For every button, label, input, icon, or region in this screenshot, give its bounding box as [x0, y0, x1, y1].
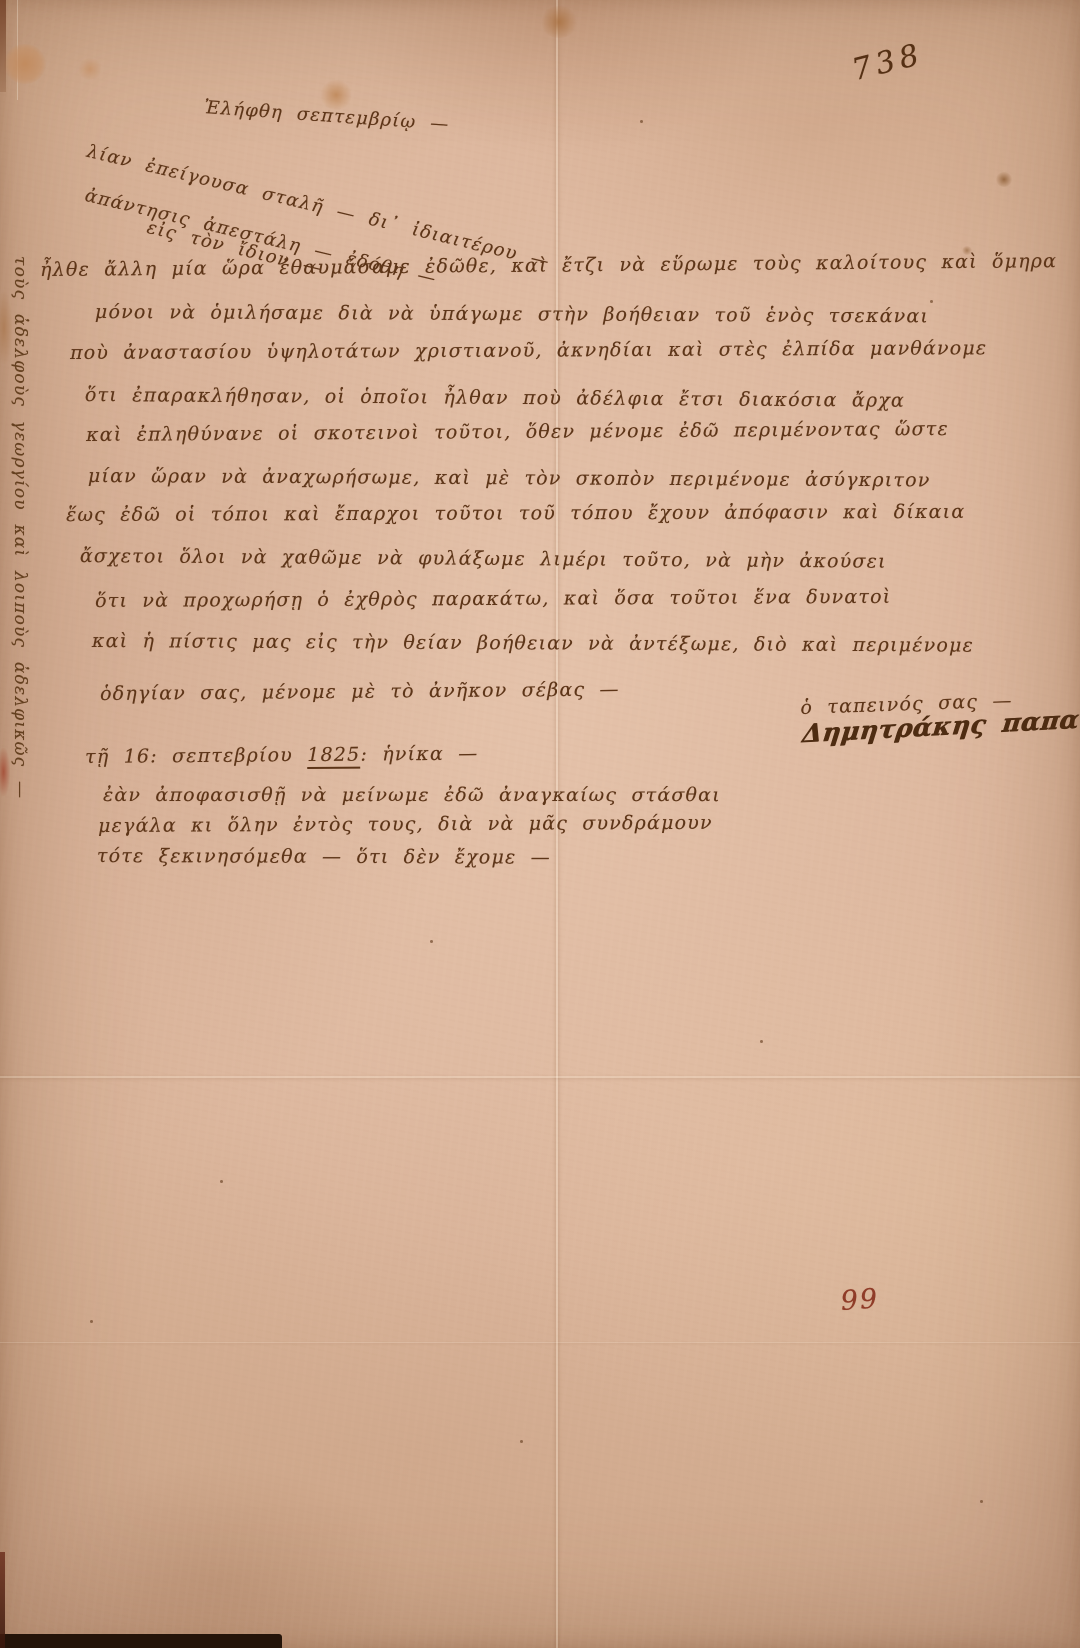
body-line: μίαν ὥραν νὰ ἀναχωρήσωμε, καὶ μὲ τὸν σκο… [88, 464, 931, 492]
postscript-line: μεγάλα κι ὅλην ἐντὸς τους, διὰ νὰ μᾶς συ… [98, 811, 713, 838]
manuscript-photo: 738 Ἐλήφθη σεπτεμβρίῳ — λίαν ἐπείγουσα σ… [0, 0, 1080, 1648]
paper-edge-shadow [0, 1552, 5, 1648]
paper-edge-shadow [0, 0, 6, 92]
horizontal-fold-crease [0, 1342, 1080, 1343]
speck [220, 1180, 223, 1183]
body-line: καὶ ἡ πίστις μας εἰς τὴν θείαν βοήθειαν … [92, 629, 974, 658]
speck [430, 940, 433, 943]
body-line: ποὺ ἀναστασίου ὑψηλοτάτων χριστιανοῦ, ἀκ… [70, 336, 987, 365]
date-suffix: : ἡνίκα — [360, 743, 478, 766]
body-line: ὅτι νὰ προχωρήσῃ ὁ ἐχθρὸς παρακάτω, καὶ … [95, 585, 891, 613]
postscript-line: ἐὰν ἀποφασισθῇ νὰ μείνωμε ἐδῶ ἀναγκαίως … [103, 783, 721, 807]
postscript-line: τότε ξεκινησόμεθα — ὅτι δὲν ἔχομε — [97, 844, 551, 870]
date-line: τῇ 16: σεπτεβρίου 1825: ἡνίκα — [85, 742, 478, 769]
margin-note: τοὺς ἀδελφοὺς γεωργίου καὶ λοιποὺς ἀδελφ… [8, 256, 32, 799]
speck [520, 1440, 523, 1443]
date-prefix: τῇ 16: σεπτεβρίου [85, 744, 307, 768]
body-line: μόνοι νὰ ὁμιλήσαμε διὰ νὰ ὑπάγωμε στὴν β… [95, 300, 929, 328]
speck [930, 300, 933, 303]
speck [90, 1320, 93, 1323]
date-year: 1825 [307, 744, 360, 769]
speck [980, 1500, 983, 1503]
photo-background-edge [0, 1634, 282, 1648]
speck [640, 120, 643, 123]
horizontal-fold-crease [0, 1076, 1080, 1078]
speck [760, 1040, 763, 1043]
body-line: ἕως ἐδῶ οἱ τόποι καὶ ἔπαρχοι τοῦτοι τοῦ … [66, 500, 965, 527]
corner-crease [17, 0, 18, 100]
folio-number: 99 [840, 1287, 880, 1314]
body-line: ὁδηγίαν σας, μένομε μὲ τὸ ἀνῆκον σέβας — [100, 677, 620, 706]
